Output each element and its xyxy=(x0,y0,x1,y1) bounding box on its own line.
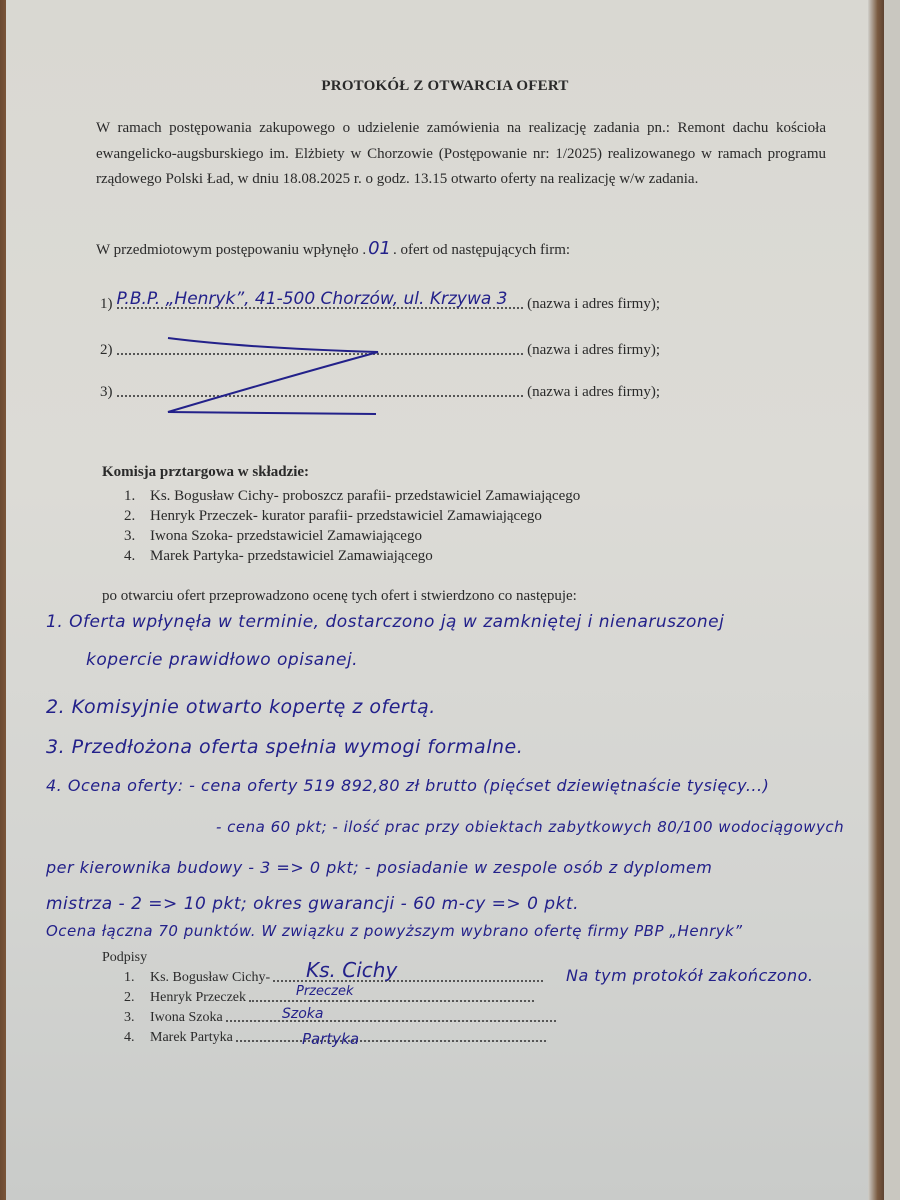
handwritten-finding-line: kopercie prawidłowo opisanej. xyxy=(86,650,358,670)
offers-count: 01 xyxy=(368,238,391,259)
firm-entry-1: 1) P.B.P. „Henryk”, 41-500 Chorzów, ul. … xyxy=(100,296,660,313)
signature-mark: Ks. Cichy xyxy=(306,958,397,982)
handwritten-finding-line: 3. Przedłożona oferta spełnia wymogi for… xyxy=(46,736,523,758)
signature-mark: Przeczek xyxy=(296,984,354,999)
signature-row: 3.Iwona Szoka xyxy=(124,1010,556,1026)
commission-list: 1.Ks. Bogusław Cichy- proboszcz parafii-… xyxy=(124,486,580,566)
signatures-heading: Podpisy xyxy=(102,950,147,966)
handwritten-finding-line: Ocena łączna 70 punktów. W związku z pow… xyxy=(46,922,743,940)
offers-received-line: W przedmiotowym postępowaniu wpłynęło .0… xyxy=(96,238,570,259)
document-page: PROTOKÓŁ Z OTWARCIA OFERT W ramach postę… xyxy=(6,0,884,1200)
handwritten-finding-line: 1. Oferta wpłynęła w terminie, dostarczo… xyxy=(46,612,724,632)
table-edge xyxy=(868,0,884,1200)
commission-member: 4.Marek Partyka- przedstawiciel Zamawiaj… xyxy=(124,546,580,566)
findings-lead: po otwarciu ofert przeprowadzono ocenę t… xyxy=(102,588,577,605)
intro-paragraph: W ramach postępowania zakupowego o udzie… xyxy=(96,116,826,193)
handwritten-closing-line: Na tym protokół zakończono. xyxy=(566,966,814,985)
handwritten-finding-line: 4. Ocena oferty: - cena oferty 519 892,8… xyxy=(46,776,769,795)
handwritten-finding-line: mistrza - 2 => 10 pkt; okres gwarancji -… xyxy=(46,894,579,914)
commission-member: 2.Henryk Przeczek- kurator parafii- prze… xyxy=(124,506,580,526)
commission-member: 1.Ks. Bogusław Cichy- proboszcz parafii-… xyxy=(124,486,580,506)
handwritten-finding-line: per kierownika budowy - 3 => 0 pkt; - po… xyxy=(46,858,712,877)
commission-heading: Komisja prztargowa w składzie: xyxy=(102,464,309,481)
signature-mark: Szoka xyxy=(282,1006,324,1022)
firm-name-handwritten: P.B.P. „Henryk”, 41-500 Chorzów, ul. Krz… xyxy=(117,289,508,309)
handwritten-finding-line: 2. Komisyjnie otwarto kopertę z ofertą. xyxy=(46,696,436,718)
signature-mark: Partyka xyxy=(302,1030,359,1048)
commission-member: 3.Iwona Szoka- przedstawiciel Zamawiając… xyxy=(124,526,580,546)
strike-through-z-mark xyxy=(156,330,396,420)
handwritten-finding-line: - cena 60 pkt; - ilość prac przy obiekta… xyxy=(216,818,844,836)
document-title: PROTOKÓŁ Z OTWARCIA OFERT xyxy=(6,78,884,95)
